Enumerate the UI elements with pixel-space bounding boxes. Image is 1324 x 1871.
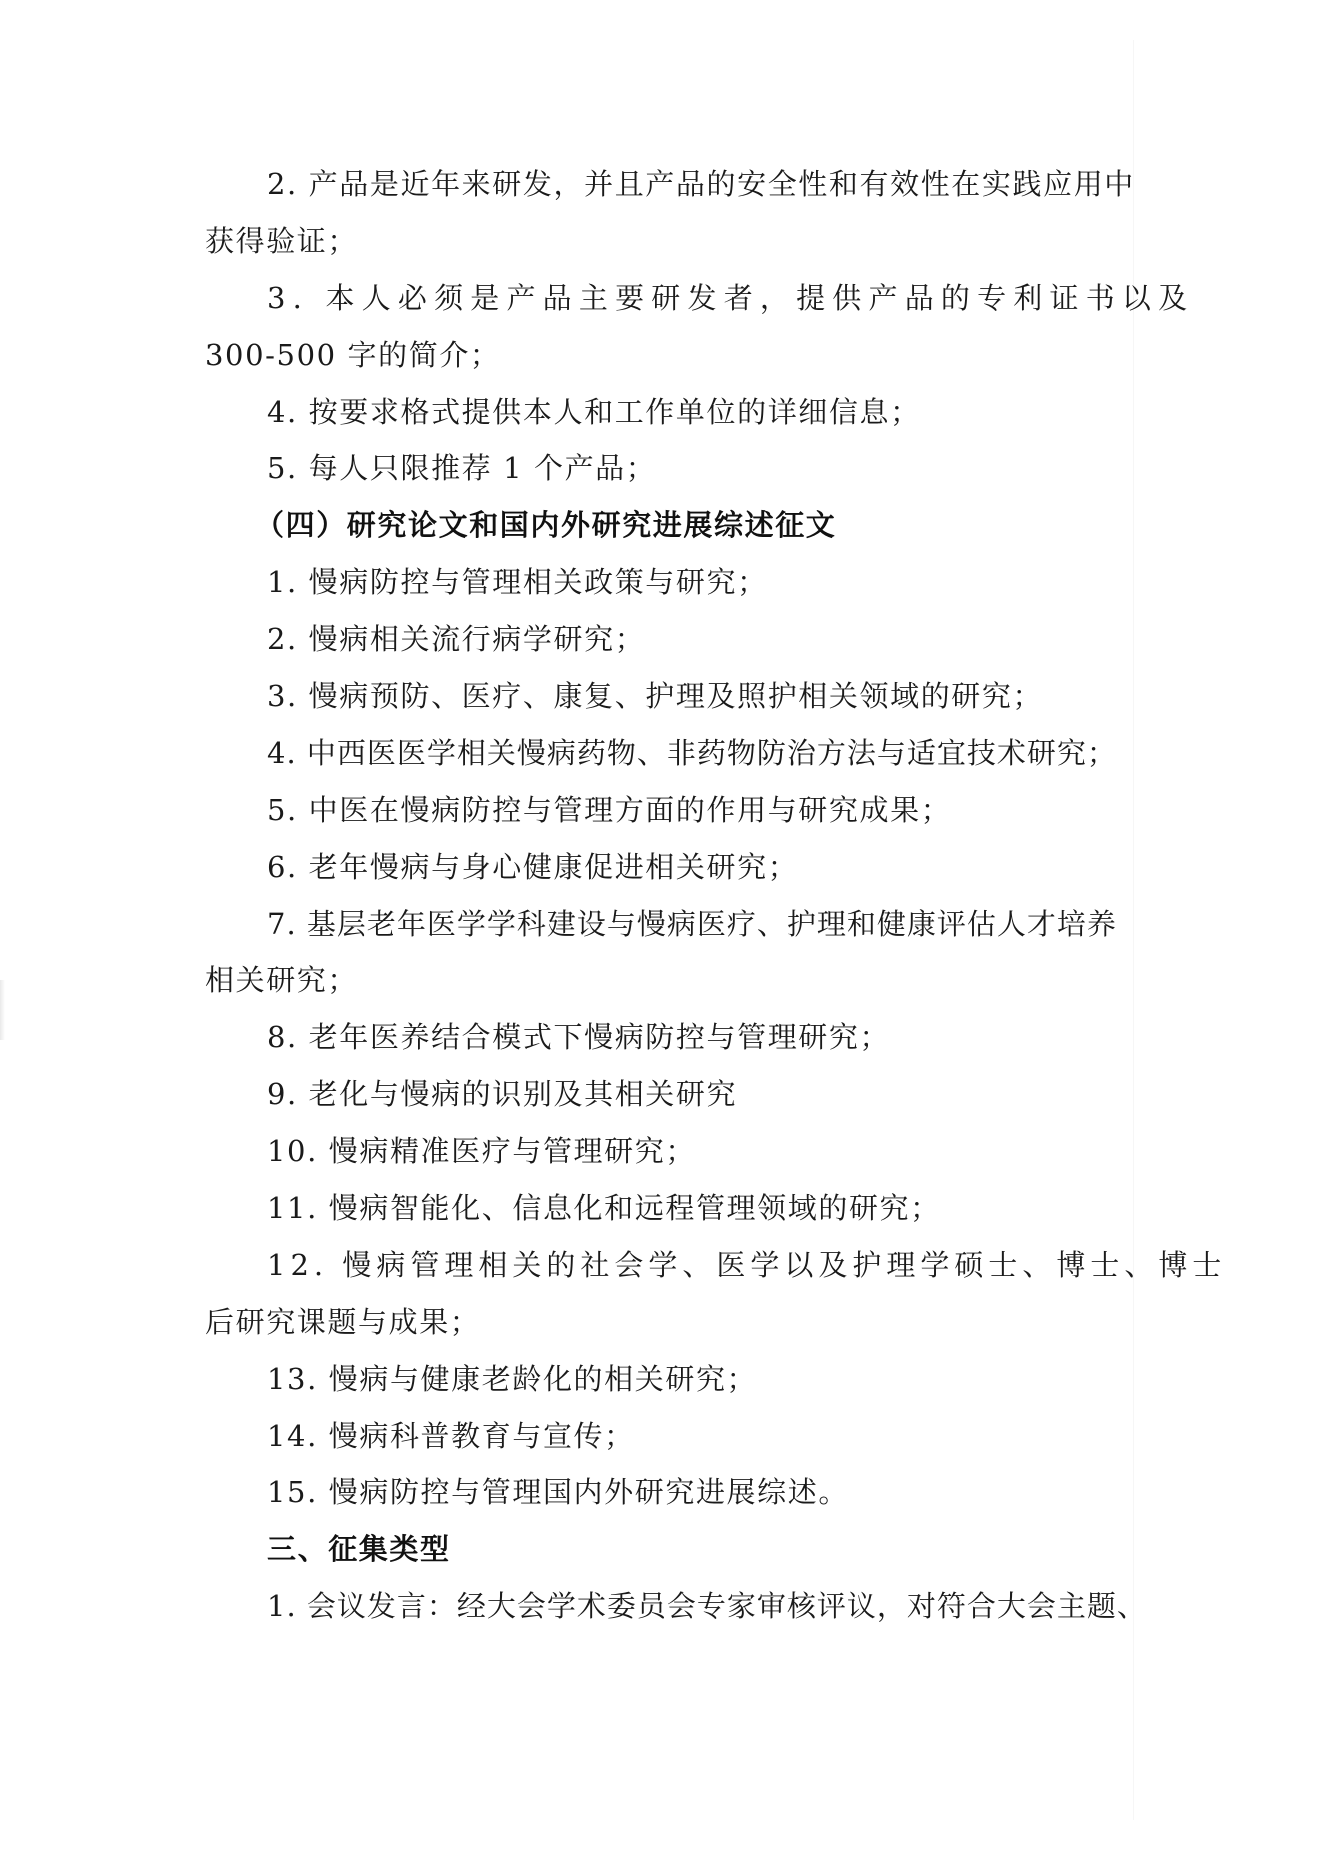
topic-item: 12. 慢病管理相关的社会学、医学以及护理学硕士、博士、博士	[205, 1237, 1133, 1294]
list-item-line-continued: 300-500 字的简介；	[205, 327, 1133, 384]
topic-item-continued: 相关研究；	[205, 952, 1133, 1009]
topic-item: 9. 老化与慢病的识别及其相关研究	[205, 1066, 1133, 1123]
topic-item: 8. 老年医养结合模式下慢病防控与管理研究；	[205, 1009, 1133, 1066]
topic-item: 7. 基层老年医学学科建设与慢病医疗、护理和健康评估人才培养	[205, 896, 1133, 953]
topic-item: 13. 慢病与健康老龄化的相关研究；	[205, 1351, 1133, 1408]
collection-type-item: 1. 会议发言：经大会学术委员会专家审核评议，对符合大会主题、	[205, 1578, 1133, 1635]
topic-item: 10. 慢病精准医疗与管理研究；	[205, 1123, 1133, 1180]
topic-item: 4. 中西医医学相关慢病药物、非药物防治方法与适宜技术研究；	[205, 725, 1133, 782]
topic-item: 5. 中医在慢病防控与管理方面的作用与研究成果；	[205, 782, 1133, 839]
topic-item: 1. 慢病防控与管理相关政策与研究；	[205, 554, 1133, 611]
document-page: 2. 产品是近年来研发，并且产品的安全性和有效性在实践应用中 获得验证； 3. …	[205, 156, 1133, 1635]
topic-item: 6. 老年慢病与身心健康促进相关研究；	[205, 839, 1133, 896]
topic-item: 15. 慢病防控与管理国内外研究进展综述。	[205, 1464, 1133, 1521]
topic-item-continued: 后研究课题与成果；	[205, 1294, 1133, 1351]
list-item-line-continued: 获得验证；	[205, 213, 1133, 270]
section-heading: 三、征集类型	[205, 1521, 1133, 1578]
topic-item: 2. 慢病相关流行病学研究；	[205, 611, 1133, 668]
list-item-line: 3. 本人必须是产品主要研发者，提供产品的专利证书以及	[205, 270, 1133, 327]
section-heading: （四）研究论文和国内外研究进展综述征文	[205, 497, 1133, 554]
topic-item: 3. 慢病预防、医疗、康复、护理及照护相关领域的研究；	[205, 668, 1133, 725]
scan-edge-artifact	[0, 980, 5, 1040]
topic-item: 11. 慢病智能化、信息化和远程管理领域的研究；	[205, 1180, 1133, 1237]
list-item-line: 2. 产品是近年来研发，并且产品的安全性和有效性在实践应用中	[205, 156, 1133, 213]
list-item-line: 4. 按要求格式提供本人和工作单位的详细信息；	[205, 384, 1133, 441]
topic-item: 14. 慢病科普教育与宣传；	[205, 1408, 1133, 1465]
list-item-line: 5. 每人只限推荐 1 个产品；	[205, 440, 1133, 497]
